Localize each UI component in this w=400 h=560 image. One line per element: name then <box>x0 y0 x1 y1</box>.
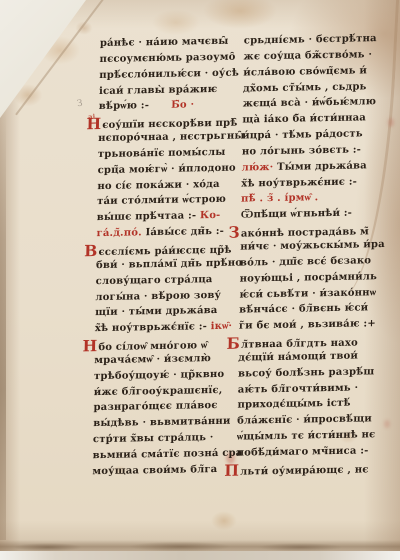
ink-text: стр́ти х̃вы стра́лць · <box>93 432 214 445</box>
text-line: аѥ́ть бл̃гочти́вимь · <box>238 380 379 398</box>
ink-text: бла́жєнїє · и́просвѣ́щи <box>237 414 372 427</box>
ink-text: трѣбоу́щоуѥ́ · цр̃квно <box>94 369 224 382</box>
text-line: прѣ́єсло́нильѥ́си · оу́сѣ <box>99 65 240 83</box>
rubric-text: Ко- <box>200 210 221 221</box>
ink-text: логы́на · вѣ́рою зову́ <box>95 289 221 302</box>
ink-text: моу́щаа свои́мь бл̃га <box>92 464 217 477</box>
text-line: х̃ѣ ноу́тврьжє́нїє :- ікѡ̑· <box>95 319 236 337</box>
text-line: вьсоу́ болѣ́знь разрѣ́ш <box>238 364 379 382</box>
text-line: ноую́щьі , посра́мни́ль <box>240 269 381 287</box>
backdrop-below-page <box>0 551 400 560</box>
pencil-margin-number: З <box>76 99 83 110</box>
rubric-text: Б̃о · <box>171 100 194 111</box>
ink-text: ѥ́си́ сьвѣ́ти · и́зако́ннѡ <box>239 287 376 300</box>
text-line: и́цра́ · тѣ́мь ра́дость <box>242 126 383 144</box>
ink-text: нєпоро́чнаа , нєстрьгны̑ <box>98 131 245 145</box>
rubric-initial: Н <box>82 336 97 355</box>
manuscript-photo: З аі ра́нѣє · на́ию мачєвы̑пєсоумєню́мь … <box>0 0 400 560</box>
ink-text: и́жє бл̃гооу́крашєнїє, <box>94 384 223 397</box>
text-line: трѣбоу́щоуѥ́ · цр̃квно <box>94 366 235 384</box>
ink-text: вы́дѣвь · вьвмитва́нни <box>93 416 230 429</box>
text-line: лю́ж· Ты́ми дрьжа́ва <box>241 158 382 176</box>
ink-text: х̃ѣ ноу́тврьжє́ниє :- <box>241 176 357 189</box>
ink-text: вьсоу́ болѣ́знь разрѣ́ш <box>238 366 375 379</box>
ink-text: трьнова́нїє помы́слы <box>98 147 226 160</box>
rubric-initial: З <box>228 223 240 242</box>
rubric-initial: Б <box>226 334 240 353</box>
ink-text: и́цра́ · тѣ́мь ра́дость <box>242 128 363 141</box>
rubric-text: га́.д̃.по́. <box>96 227 145 239</box>
text-line: срц̃а моѥ́гѡ̀ · и́плодоно <box>98 160 239 178</box>
ink-text: жє соу́ща бж̃ство́мь · <box>243 49 372 62</box>
ink-text: Ѿпѣ́щи ѡ́гньнѣи́ :- <box>241 208 352 221</box>
ink-text: ра́нѣє · на́ию мачєвы̑ <box>100 36 229 49</box>
text-column-left: ра́нѣє · на́ию мачєвы̑пєсоумєню́мь разоу… <box>92 34 241 480</box>
ink-text: вьмниа́ сма́тїє позна́ сра <box>93 448 243 462</box>
ink-text: слову́щаго стра́лца <box>96 274 213 287</box>
ink-text: та́и сто́лми́ти ѡ́строю <box>97 194 226 207</box>
text-block: ра́нѣє · на́ию мачєвы̑пєсоумєню́мь разоу… <box>92 31 392 480</box>
ink-text: мрача́ємѡ̑ · и́зємлю̀ <box>94 353 211 366</box>
ink-text: и́сла́вою сво́ѡц̃ємь и́ <box>243 65 367 78</box>
rubric-text: лю́ж· <box>242 162 278 174</box>
text-line: бви́ · вьпла́мї дн̃ь прѣ́но <box>96 255 237 273</box>
rubric-initial: Н <box>86 114 101 133</box>
ink-text: вѣ́рѡ́ю :- <box>99 100 172 112</box>
ink-text: вы́шє прѣ́чтаа :- <box>97 211 200 224</box>
rubric-text: ікѡ̑· <box>211 321 233 332</box>
rubric-initial: П <box>224 460 239 479</box>
ink-text: ща̀ іа́ко б̃а и́сти́ннаа <box>242 113 366 126</box>
text-line: и́сла́вою сво́ѡц̃ємь и́ <box>243 63 384 81</box>
ink-text: ноую́щьі , посра́мни́ль <box>240 271 377 284</box>
ink-text: дє́щїи́ на́мощи́ твои́ <box>238 350 358 363</box>
text-line: моу́щаа свои́мь бл̃га <box>92 462 233 480</box>
ink-text: аѥ́ть бл̃гочти́вимь · <box>238 382 359 395</box>
ink-text: во́ль · дш̃є всє́ бєзако <box>240 255 371 268</box>
ink-text: вѣ́нча́сє · бл̃вєнь ѥ́си́ <box>239 303 368 316</box>
ink-text: пєсоумєню́мь разоумо̑ <box>99 51 235 64</box>
ink-text: Ты́ми дрьжа́ва <box>277 160 367 173</box>
text-column-right: срьдні́ємь · бєстрѣ́тнажє соу́ща бж̃ство… <box>236 31 385 477</box>
rubric-initial: В <box>84 241 98 260</box>
ink-text: льти́ оу́мира́ющє , нє <box>240 464 369 477</box>
ink-text: срьдні́ємь · бєстрѣ́тна <box>244 33 377 46</box>
ink-text: щїи · ты́ми дрьжа́ва <box>95 305 218 318</box>
ink-text: прѣ́єсло́нильѥ́си · оу́сѣ <box>99 67 239 80</box>
ink-text: разнраго́щєє пла́воє <box>93 400 217 413</box>
ink-text: побѣ́ди́маго мч̃ниса :- <box>237 445 369 458</box>
ink-text: ни́чє · моу́жьскы́мь и́ра <box>240 239 385 253</box>
text-line: Пльти́ оу́мира́ющє , нє <box>236 459 377 477</box>
ink-text: дх̃омь ст̃ы́мь , сьдрь <box>243 81 367 94</box>
ink-text: ісаи́ главы̀ вра́жиѥ <box>99 83 218 96</box>
ink-text: ѡ́щы́мль тє и́сти́ннѣ нє <box>237 429 376 442</box>
ink-text: жєща́ вса̀ · и́ѡ́бьѥ́млю <box>243 97 377 110</box>
text-line: г̃и б̃є мои́ , вьзива́ѥ :+ <box>239 316 380 334</box>
page-left-edge-shadow <box>0 110 6 540</box>
ink-text: но сі́є пока́жи · хо́да <box>97 179 220 192</box>
ink-text: г̃и б̃є мои́ , вьзива́ѥ :+ <box>239 318 376 331</box>
ink-text: но ло́гынь зо́вєть :- <box>242 144 361 157</box>
ink-text: х̃ѣ ноу́тврьжє́нїє :- <box>95 321 211 334</box>
ink-text: приходє́щы́мь істѣ́ <box>237 398 350 411</box>
ink-text: бви́ · вьпла́мї дн̃ь прѣ́но <box>96 257 242 271</box>
rubric-text: пѣ̃ . з̃ . і́рмѡ̑ . <box>241 193 318 205</box>
ink-text: Іа́вы́сє дн̃ь :- <box>145 226 224 238</box>
ink-text: срц̃а моѥ́гѡ̀ · и́плодоно <box>98 162 236 175</box>
